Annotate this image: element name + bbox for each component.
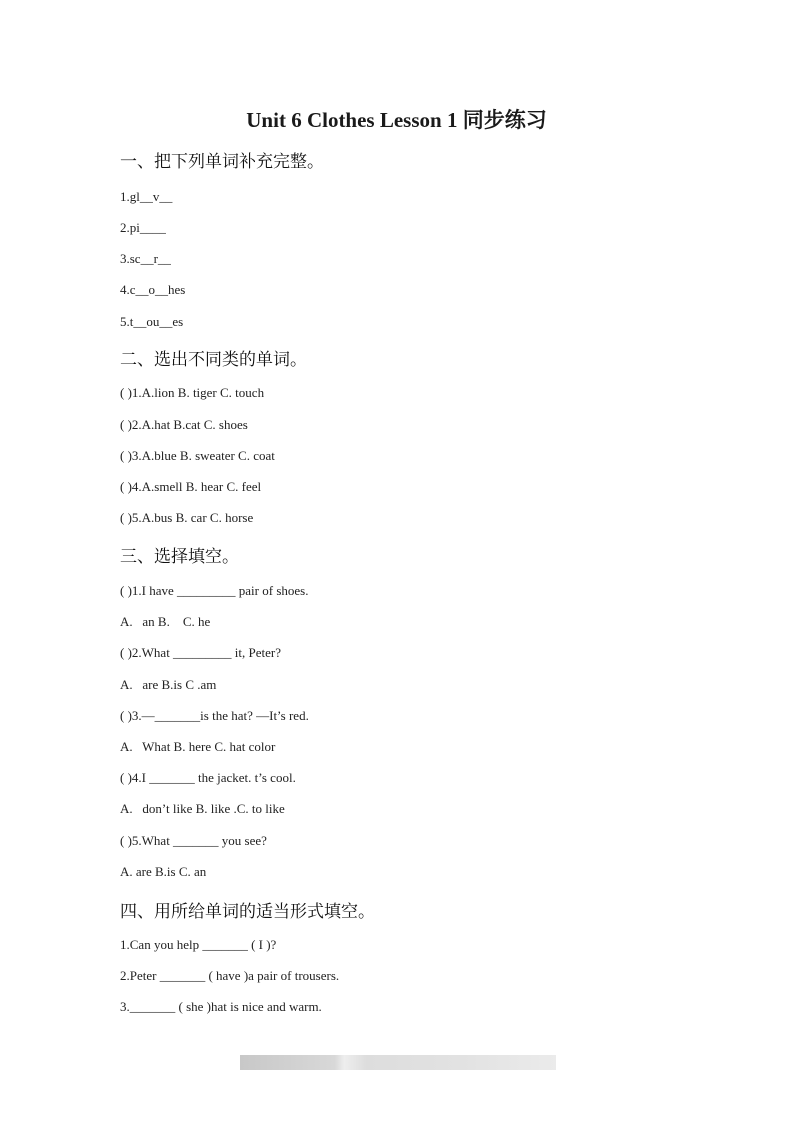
section-2-item-4: ( )4.A.smell B. hear C. feel: [120, 479, 261, 495]
section-3-item-4: A. are B.is C .am: [120, 677, 216, 693]
section-1-heading: 一、把下列单词补充完整。: [120, 147, 324, 172]
section-4-item-1: 1.Can you help _______ ( I )?: [120, 937, 276, 953]
section-3-item-2: A. an B. C. he: [120, 614, 210, 630]
section-4-item-2: 2.Peter _______ ( have )a pair of trouse…: [120, 968, 339, 984]
section-1-item-4: 4.c__o__hes: [120, 282, 185, 298]
section-4-item-3: 3._______ ( she )hat is nice and warm.: [120, 999, 322, 1015]
section-3-heading: 三、选择填空。: [120, 542, 239, 567]
section-2-heading: 二、选出不同类的单词。: [120, 345, 307, 370]
section-3-item-9: ( )5.What _______ you see?: [120, 833, 267, 849]
section-1-item-5: 5.t__ou__es: [120, 314, 183, 330]
section-3-item-3: ( )2.What _________ it, Peter?: [120, 645, 281, 661]
section-1-item-3: 3.sc__r__: [120, 251, 171, 267]
section-3-item-6: A. What B. here C. hat color: [120, 739, 275, 755]
blurred-footer-watermark: [240, 1055, 556, 1070]
section-1-item-1: 1.gl__v__: [120, 189, 172, 205]
section-2-item-5: ( )5.A.bus B. car C. horse: [120, 510, 253, 526]
section-3-item-8: A. don’t like B. like .C. to like: [120, 801, 285, 817]
section-3-item-5: ( )3.—_______is the hat? —It’s red.: [120, 708, 309, 724]
section-4-heading: 四、用所给单词的适当形式填空。: [120, 897, 375, 922]
section-2-item-2: ( )2.A.hat B.cat C. shoes: [120, 417, 248, 433]
section-1-item-2: 2.pi____: [120, 220, 166, 236]
page-title: Unit 6 Clothes Lesson 1 同步练习: [0, 104, 793, 134]
section-2-item-1: ( )1.A.lion B. tiger C. touch: [120, 385, 264, 401]
section-3-item-10: A. are B.is C. an: [120, 864, 206, 880]
section-2-item-3: ( )3.A.blue B. sweater C. coat: [120, 448, 275, 464]
section-3-item-1: ( )1.I have _________ pair of shoes.: [120, 583, 308, 599]
section-3-item-7: ( )4.I _______ the jacket. t’s cool.: [120, 770, 296, 786]
